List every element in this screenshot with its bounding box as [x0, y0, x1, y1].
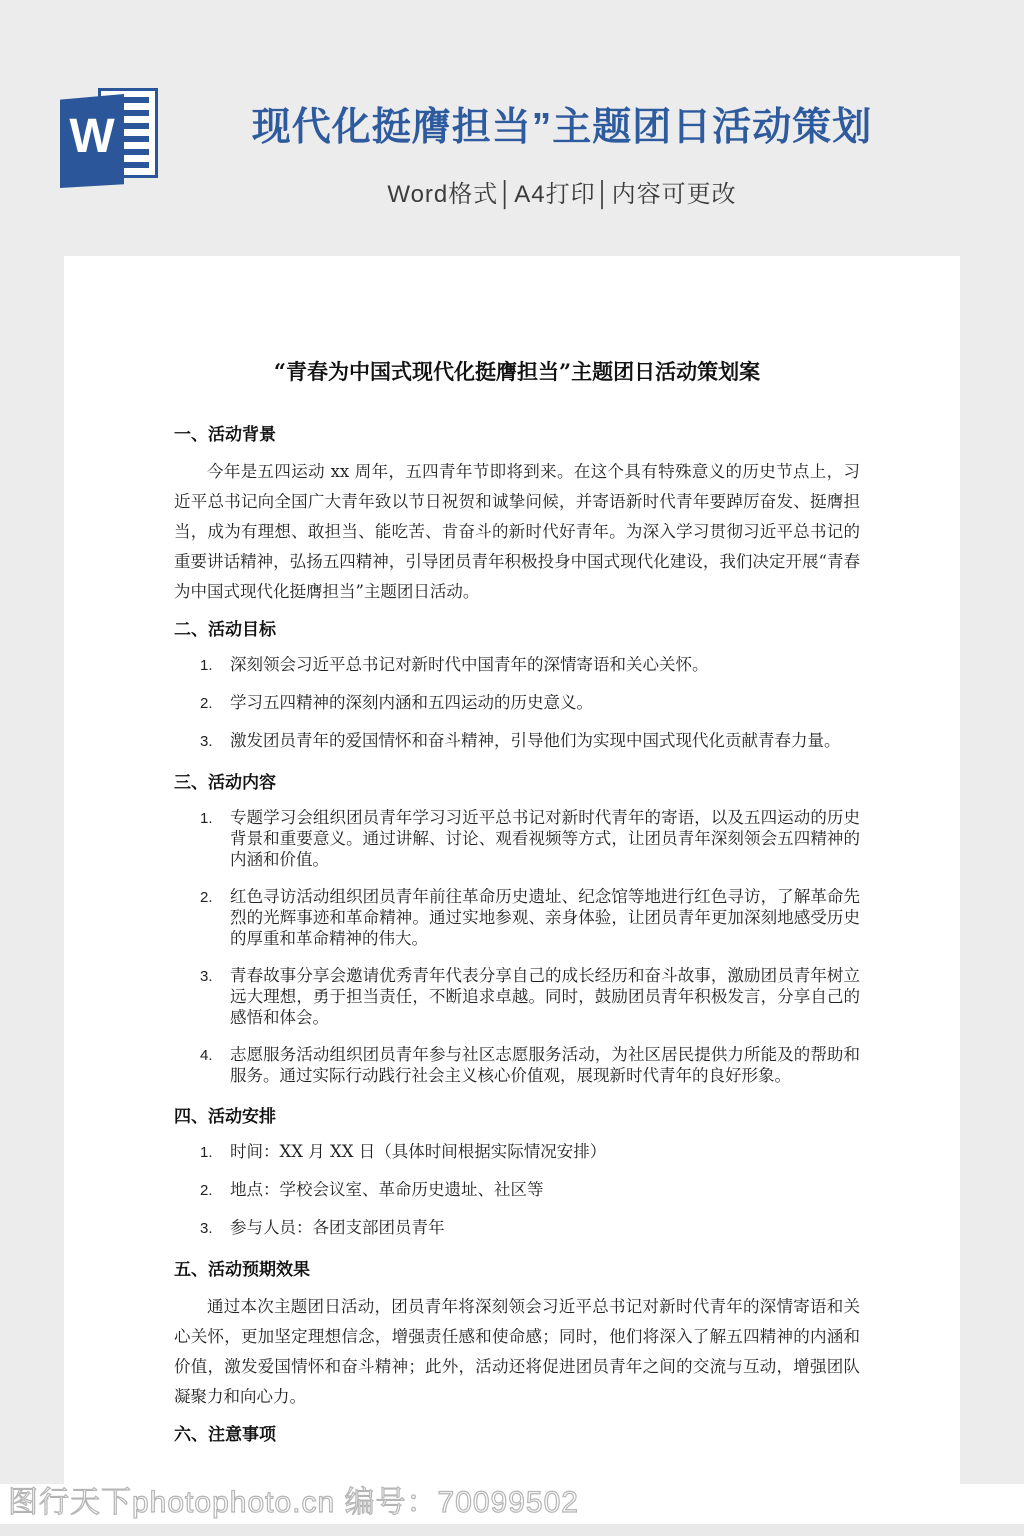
list-item-number: 1.	[200, 654, 230, 676]
list-item-text: 深刻领会习近平总书记对新时代中国青年的深情寄语和关心关怀。	[230, 654, 860, 676]
list-item-text: 时间：XX 月 XX 日（具体时间根据实际情况安排）	[230, 1141, 860, 1163]
template-subtitle: Word格式│A4打印│内容可更改	[110, 174, 1014, 209]
section-heading-1: 一、活动背景	[174, 420, 860, 445]
list-item-text: 激发团员青年的爱国情怀和奋斗精神，引导他们为实现中国式现代化贡献青春力量。	[230, 730, 860, 752]
list-item-number: 3.	[200, 965, 230, 1028]
list-item: 2. 红色寻访活动组织团员青年前往革命历史遗址、纪念馆等地进行红色寻访，了解革命…	[200, 886, 860, 949]
section-paragraph-1: 今年是五四运动 xx 周年，五四青年节即将到来。在这个具有特殊意义的历史节点上，…	[174, 457, 860, 607]
section-list-3: 1. 专题学习会组织团员青年学习习近平总书记对新时代青年的寄语，以及五四运动的历…	[174, 805, 860, 1086]
list-item-number: 3.	[200, 730, 230, 752]
list-item: 3. 青春故事分享会邀请优秀青年代表分享自己的成长经历和奋斗故事，激励团员青年树…	[200, 965, 860, 1028]
list-item-number: 1.	[200, 807, 230, 870]
list-item-number: 4.	[200, 1044, 230, 1086]
template-title: 现代化挺膺担当”主题团日活动策划	[110, 96, 1014, 152]
section-list-4: 1. 时间：XX 月 XX 日（具体时间根据实际情况安排） 2. 地点：学校会议…	[174, 1139, 860, 1239]
section-heading-2: 二、活动目标	[174, 615, 860, 640]
list-item-text: 学习五四精神的深刻内涵和五四运动的历史意义。	[230, 692, 860, 714]
bottom-strip	[0, 1524, 1024, 1536]
list-item-text: 地点：学校会议室、革命历史遗址、社区等	[230, 1179, 860, 1201]
document-page: “青春为中国式现代化挺膺担当”主题团日活动策划案 一、活动背景 今年是五四运动 …	[64, 256, 960, 1496]
list-item-number: 2.	[200, 692, 230, 714]
section-heading-6: 六、注意事项	[174, 1420, 860, 1445]
list-item-text: 红色寻访活动组织团员青年前往革命历史遗址、纪念馆等地进行红色寻访，了解革命先烈的…	[230, 886, 860, 949]
list-item: 1. 时间：XX 月 XX 日（具体时间根据实际情况安排）	[200, 1141, 860, 1163]
list-item: 2. 学习五四精神的深刻内涵和五四运动的历史意义。	[200, 692, 860, 714]
list-item-number: 3.	[200, 1217, 230, 1239]
list-item: 2. 地点：学校会议室、革命历史遗址、社区等	[200, 1179, 860, 1201]
list-item: 3. 参与人员：各团支部团员青年	[200, 1217, 860, 1239]
header-text: 现代化挺膺担当”主题团日活动策划 Word格式│A4打印│内容可更改	[110, 96, 1014, 209]
section-heading-3: 三、活动内容	[174, 768, 860, 793]
list-item-text: 志愿服务活动组织团员青年参与社区志愿服务活动，为社区居民提供力所能及的帮助和服务…	[230, 1044, 860, 1086]
document-title: “青春为中国式现代化挺膺担当”主题团日活动策划案	[174, 356, 860, 386]
section-heading-4: 四、活动安排	[174, 1102, 860, 1127]
header: W 现代化挺膺担当”主题团日活动策划 Word格式│A4打印│内容可更改	[0, 0, 1024, 256]
list-item-text: 专题学习会组织团员青年学习习近平总书记对新时代青年的寄语，以及五四运动的历史背景…	[230, 807, 860, 870]
section-heading-5: 五、活动预期效果	[174, 1255, 860, 1280]
list-item-text: 参与人员：各团支部团员青年	[230, 1217, 860, 1239]
list-item-number: 2.	[200, 886, 230, 949]
word-icon-letter: W	[69, 113, 114, 169]
list-item: 4. 志愿服务活动组织团员青年参与社区志愿服务活动，为社区居民提供力所能及的帮助…	[200, 1044, 860, 1086]
section-list-2: 1. 深刻领会习近平总书记对新时代中国青年的深情寄语和关心关怀。 2. 学习五四…	[174, 652, 860, 752]
list-item: 1. 深刻领会习近平总书记对新时代中国青年的深情寄语和关心关怀。	[200, 654, 860, 676]
watermark-text: 图行天下photophoto.cn 编号：70099502	[8, 1484, 579, 1524]
section-paragraph-5: 通过本次主题团日活动，团员青年将深刻领会习近平总书记对新时代青年的深情寄语和关心…	[174, 1292, 860, 1412]
watermark-bar: 图行天下photophoto.cn 编号：70099502	[0, 1484, 1024, 1524]
list-item-number: 1.	[200, 1141, 230, 1163]
list-item: 3. 激发团员青年的爱国情怀和奋斗精神，引导他们为实现中国式现代化贡献青春力量。	[200, 730, 860, 752]
list-item-number: 2.	[200, 1179, 230, 1201]
list-item-text: 青春故事分享会邀请优秀青年代表分享自己的成长经历和奋斗故事，激励团员青年树立远大…	[230, 965, 860, 1028]
list-item: 1. 专题学习会组织团员青年学习习近平总书记对新时代青年的寄语，以及五四运动的历…	[200, 807, 860, 870]
